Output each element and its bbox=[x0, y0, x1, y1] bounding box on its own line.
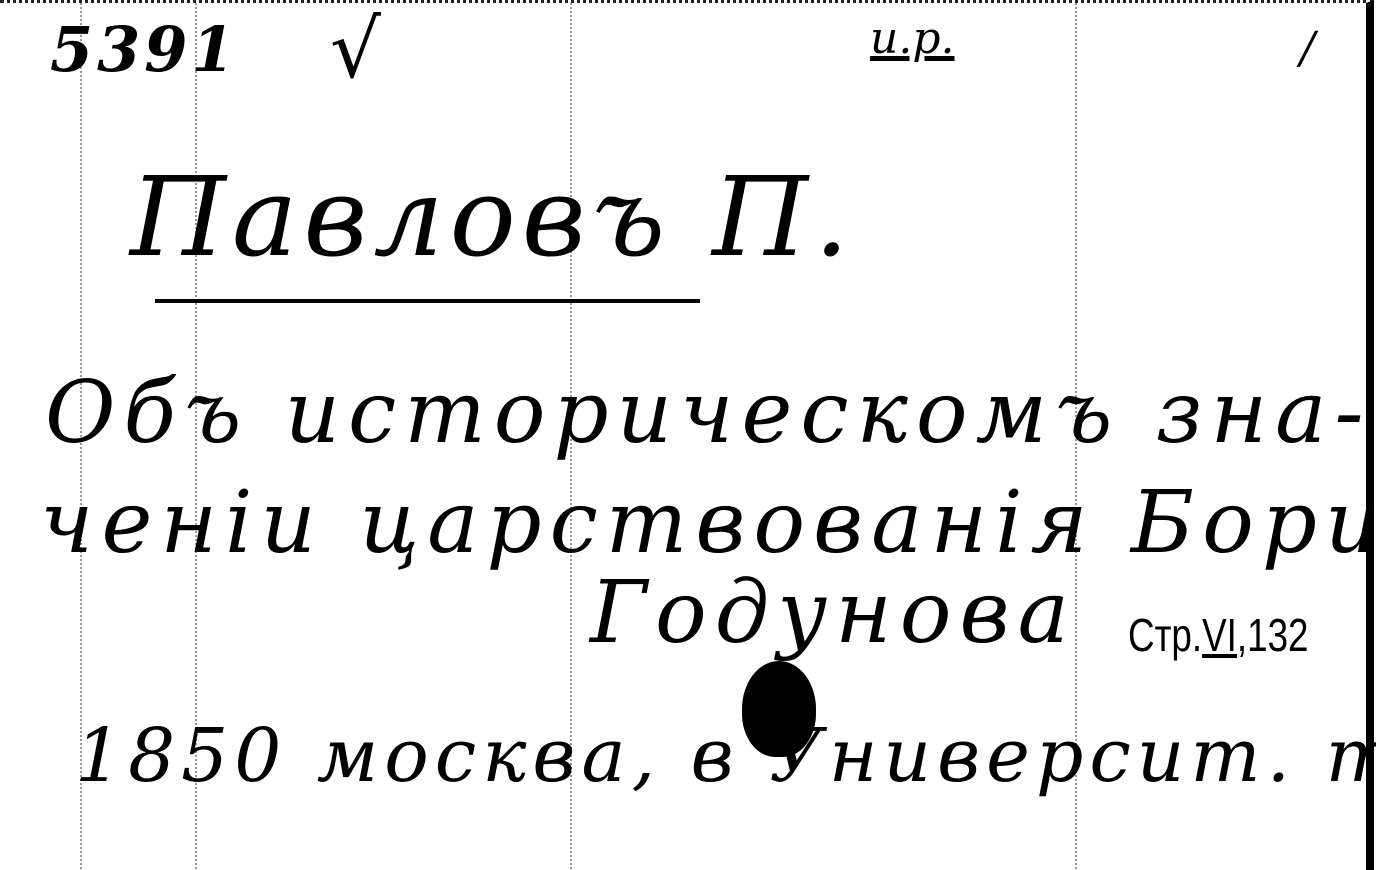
reference-prefix: Стр. bbox=[1128, 609, 1202, 661]
reference-volume: VI bbox=[1202, 609, 1237, 661]
imprint-line: 1850 москва, в Университ. тип. bbox=[75, 713, 1376, 799]
catalog-card: 5391 √ и.р. / Павловъ П. Объ историческо… bbox=[0, 0, 1374, 870]
corner-mark: / bbox=[1300, 23, 1315, 74]
shelf-mark: и.р. bbox=[870, 13, 954, 64]
check-mark-icon: √ bbox=[330, 3, 381, 96]
author-underline bbox=[155, 299, 700, 303]
title-line-3: Годунова bbox=[590, 563, 1077, 663]
author-name: Павловъ П. bbox=[130, 153, 855, 281]
inventory-number: 5391 bbox=[50, 13, 239, 86]
title-line-2: ченіи царствованія Бориса bbox=[40, 473, 1376, 573]
title-line-1: Объ историческомъ зна- bbox=[45, 363, 1372, 463]
page-reference: Стр.VI,132 bbox=[1128, 608, 1309, 662]
reference-page: ,132 bbox=[1237, 609, 1309, 661]
